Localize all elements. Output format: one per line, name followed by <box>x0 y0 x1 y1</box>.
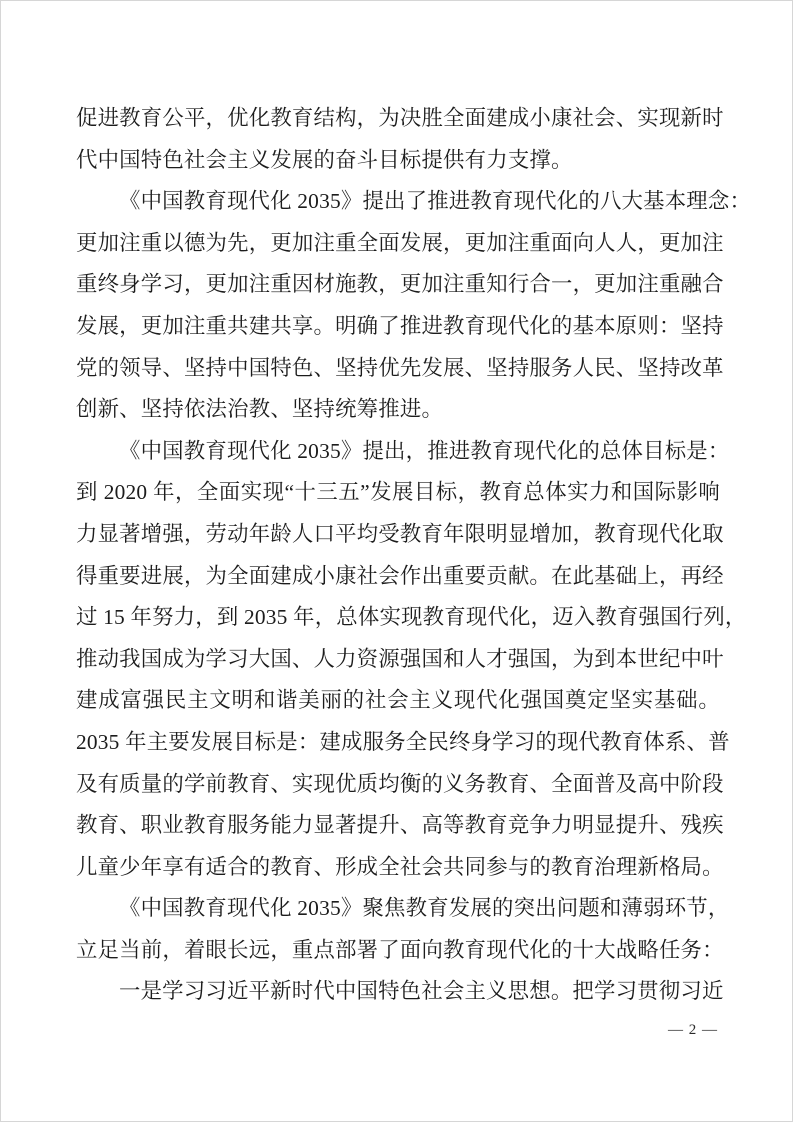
text-line: 《中国教育现代化 2035》聚焦教育发展的突出问题和薄弱环节， <box>76 888 720 930</box>
text-line: 及有质量的学前教育、实现优质均衡的义务教育、全面普及高中阶段 <box>76 764 720 806</box>
text-line: 儿童少年享有适合的教育、形成全社会共同参与的教育治理新格局。 <box>76 847 720 889</box>
text-line: 推动我国成为学习大国、人力资源强国和人才强国，为到本世纪中叶 <box>76 639 720 681</box>
text-line: 《中国教育现代化 2035》提出了推进教育现代化的八大基本理念： <box>76 181 720 223</box>
document-page: 促进教育公平，优化教育结构，为决胜全面建成小康社会、实现新时 代中国特色社会主义… <box>0 0 793 1122</box>
text-line: 教育、职业教育服务能力显著提升、高等教育竞争力明显提升、残疾 <box>76 805 720 847</box>
text-line: 力显著增强，劳动年龄人口平均受教育年限明显增加，教育现代化取 <box>76 514 720 556</box>
text-line: 过 15 年努力，到 2035 年，总体实现教育现代化，迈入教育强国行列， <box>76 597 720 639</box>
text-line: 2035 年主要发展目标是：建成服务全民终身学习的现代教育体系、普 <box>76 722 720 764</box>
text-line: 一是学习习近平新时代中国特色社会主义思想。把学习贯彻习近 <box>76 971 720 1013</box>
text-line: 《中国教育现代化 2035》提出，推进教育现代化的总体目标是： <box>76 431 720 473</box>
text-line: 得重要进展，为全面建成小康社会作出重要贡献。在此基础上，再经 <box>76 556 720 598</box>
text-line: 重终身学习，更加注重因材施教，更加注重知行合一，更加注重融合 <box>76 264 720 306</box>
text-line: 代中国特色社会主义发展的奋斗目标提供有力支撑。 <box>76 140 720 182</box>
text-line: 创新、坚持依法治教、坚持统筹推进。 <box>76 389 720 431</box>
page-number: — 2 — <box>668 1021 718 1039</box>
text-line: 促进教育公平，优化教育结构，为决胜全面建成小康社会、实现新时 <box>76 98 720 140</box>
text-line: 到 2020 年，全面实现“十三五”发展目标，教育总体实力和国际影响 <box>76 472 720 514</box>
text-line: 建成富强民主文明和谐美丽的社会主义现代化强国奠定坚实基础。 <box>76 680 720 722</box>
text-line: 更加注重以德为先，更加注重全面发展，更加注重面向人人，更加注 <box>76 223 720 265</box>
text-line: 党的领导、坚持中国特色、坚持优先发展、坚持服务人民、坚持改革 <box>76 348 720 390</box>
text-line: 立足当前，着眼长远，重点部署了面向教育现代化的十大战略任务： <box>76 930 720 972</box>
document-body-text: 促进教育公平，优化教育结构，为决胜全面建成小康社会、实现新时 代中国特色社会主义… <box>76 98 720 1013</box>
text-line: 发展，更加注重共建共享。明确了推进教育现代化的基本原则：坚持 <box>76 306 720 348</box>
